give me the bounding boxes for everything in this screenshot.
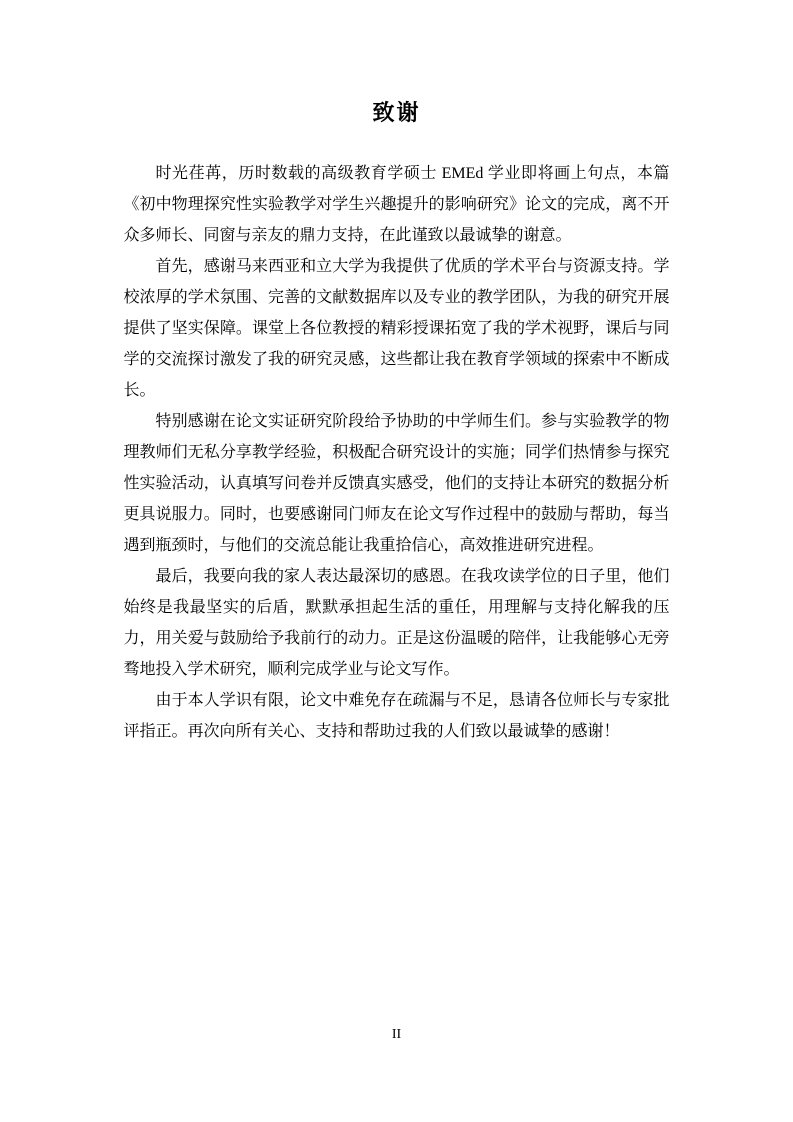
paragraph-3: 特别感谢在论文实证研究阶段给予协助的中学师生们。参与实验教学的物理教师们无私分享… <box>124 406 670 561</box>
page-title: 致谢 <box>0 0 793 126</box>
paragraph-2: 首先，感谢马来西亚和立大学为我提供了优质的学术平台与资源支持。学校浓厚的学术氛围… <box>124 251 670 406</box>
page-number: II <box>392 1027 401 1042</box>
page-footer: II <box>0 1026 793 1044</box>
paragraph-1: 时光荏苒，历时数载的高级教育学硕士 EMEd 学业即将画上句点，本篇《初中物理探… <box>124 158 670 251</box>
paragraph-5: 由于本人学识有限，论文中难免存在疏漏与不足，恳请各位师长与专家批评指正。再次向所… <box>124 685 670 747</box>
document-page: 致谢 时光荏苒，历时数载的高级教育学硕士 EMEd 学业即将画上句点，本篇《初中… <box>0 0 793 1122</box>
paragraph-4: 最后，我要向我的家人表达最深切的感恩。在我攻读学位的日子里，他们始终是我最坚实的… <box>124 561 670 685</box>
document-body: 时光荏苒，历时数载的高级教育学硕士 EMEd 学业即将画上句点，本篇《初中物理探… <box>124 158 670 747</box>
